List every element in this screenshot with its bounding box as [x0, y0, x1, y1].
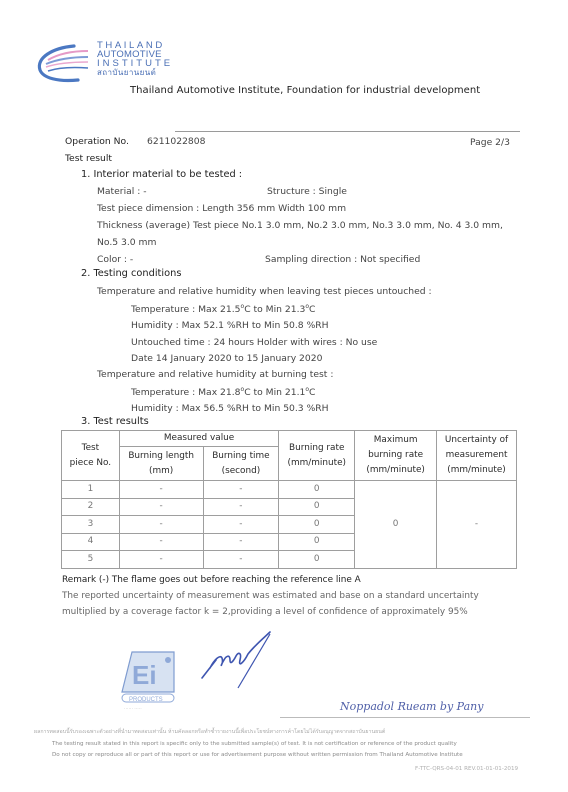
uncertainty-value: -: [437, 481, 517, 569]
handwritten-signature: Noppadol Rueam by Pany: [340, 700, 483, 713]
header-rule: [175, 131, 520, 132]
organization-name: Thailand Automotive Institute, Foundatio…: [130, 85, 480, 96]
header-measured-value: Measured value: [119, 431, 279, 447]
header-piece-no: Testpiece No.: [62, 431, 120, 481]
untouched-humidity: Humidity : Max 52.1 %RH to Min 50.8 %RH: [131, 320, 329, 331]
signature-icon: [196, 630, 276, 692]
footer-line2: Do not copy or reproduce all or part of …: [52, 752, 463, 758]
header-burning-rate: Burning rate(mm/minute): [279, 431, 355, 481]
signature-rule: [280, 717, 530, 718]
material: Material : -: [97, 186, 147, 197]
header-max-burning-rate: Maximumburning rate(mm/minute): [355, 431, 437, 481]
header-burning-time: Burning time(second): [203, 447, 279, 481]
uncertainty-note-line1: The reported uncertainty of measurement …: [62, 591, 479, 601]
svg-text:······ ·····: ······ ·····: [124, 706, 142, 711]
sampling-direction: Sampling direction : Not specified: [265, 254, 420, 265]
table-row: 1 - - 0 0 -: [62, 481, 517, 499]
tai-logo-text: THAILAND AUTOMOTIVE INSTITUTE สถาบันยานย…: [97, 41, 173, 77]
svg-text:Ei: Ei: [132, 660, 157, 690]
ei-products-stamp-icon: Ei PRODUCTS ······ ·····: [118, 648, 178, 713]
max-burning-rate-value: 0: [355, 481, 437, 569]
burning-heading: Temperature and relative humidity at bur…: [97, 369, 333, 380]
color: Color : -: [97, 254, 133, 265]
footer-line1: The testing result stated in this report…: [52, 741, 457, 747]
untouched-temperature: Temperature : Max 21.5oC to Min 21.3oC: [131, 303, 315, 315]
thickness-line1: Thickness (average) Test piece No.1 3.0 …: [97, 220, 503, 231]
tai-logo-icon: [34, 40, 90, 84]
header-burning-length: Burning length(mm): [119, 447, 203, 481]
untouched-time: Untouched time : 24 hours Holder with wi…: [131, 337, 377, 348]
burning-humidity: Humidity : Max 56.5 %RH to Min 50.3 %RH: [131, 403, 329, 414]
section1-heading: 1. Interior material to be tested :: [81, 169, 242, 180]
svg-text:PRODUCTS: PRODUCTS: [129, 697, 163, 703]
untouched-date: Date 14 January 2020 to 15 January 2020: [131, 353, 322, 364]
header-uncertainty: Uncertainty ofmeasurement(mm/minute): [437, 431, 517, 481]
footer-form-code: F-TTC-QRS-04-01 REV.01-01-01-2019: [415, 766, 518, 772]
remark: Remark (-) The flame goes out before rea…: [62, 575, 361, 585]
section-title: Test result: [65, 153, 112, 164]
operation-number: 6211022808: [147, 136, 205, 147]
untouched-heading: Temperature and relative humidity when l…: [97, 286, 432, 297]
thickness-line2: No.5 3.0 mm: [97, 237, 156, 248]
uncertainty-note-line2: multiplied by a coverage factor k = 2,pr…: [62, 607, 468, 617]
page-number: Page 2/3: [470, 137, 510, 148]
burning-temperature: Temperature : Max 21.8oC to Min 21.1oC: [131, 386, 315, 398]
operation-label: Operation No.: [65, 136, 129, 147]
test-piece-dimension: Test piece dimension : Length 356 mm Wid…: [97, 203, 346, 214]
table-header-row: Testpiece No. Measured value Burning rat…: [62, 431, 517, 447]
test-results-table: Testpiece No. Measured value Burning rat…: [61, 430, 517, 569]
footer-thai-line: ผลการทดสอบนี้รับรองเฉพาะตัวอย่างที่นำมาท…: [34, 728, 385, 736]
section2-heading: 2. Testing conditions: [81, 268, 181, 279]
section3-heading: 3. Test results: [81, 416, 149, 427]
structure: Structure : Single: [267, 186, 347, 197]
